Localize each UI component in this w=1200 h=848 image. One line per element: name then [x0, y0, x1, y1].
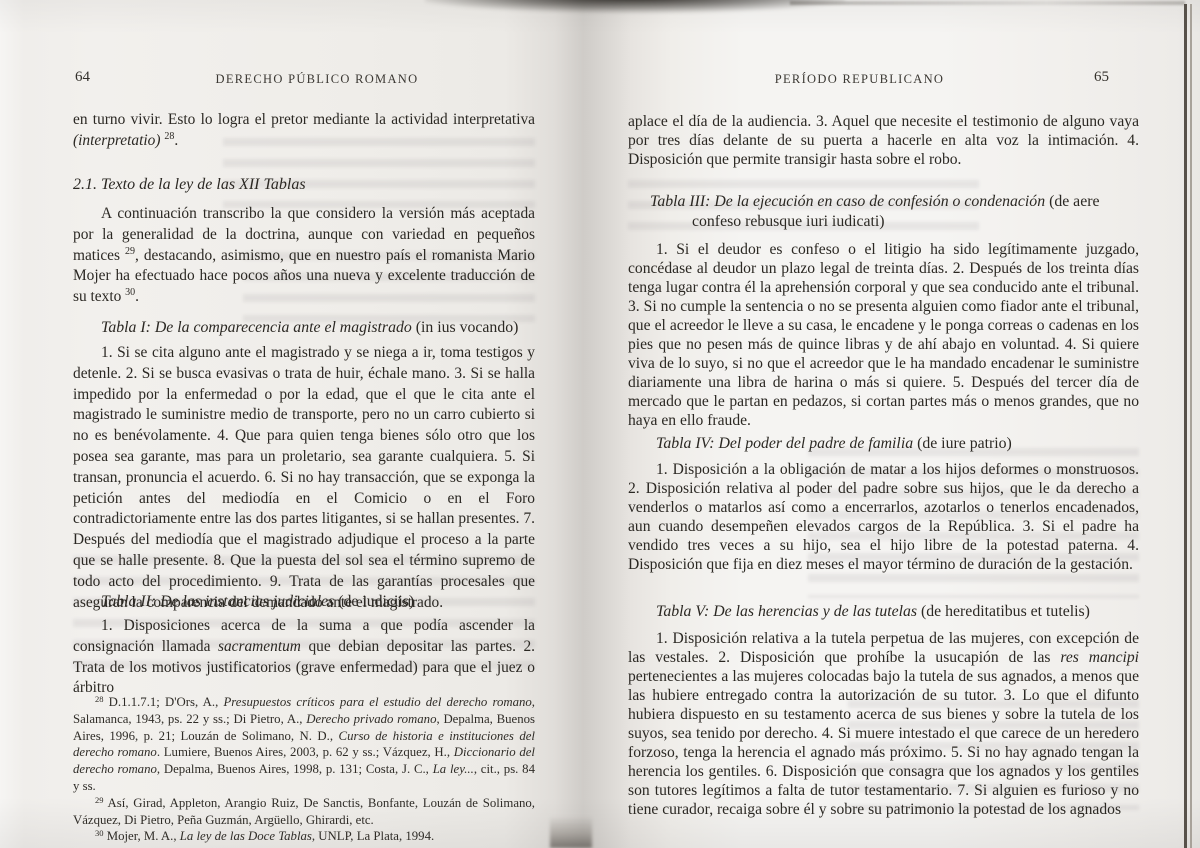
page-number: 65 [1094, 69, 1109, 86]
tabla-i-heading: Tabla I: De la comparecencia ante el mag… [73, 318, 535, 338]
footnotes-block: 28 D.1.1.7.1; D'Ors, A., Presupuestos cr… [73, 694, 535, 845]
section-heading-2-1: 2.1. Texto de la ley de las XII Tablas [73, 176, 535, 194]
gutter-bottom-shadow [550, 816, 592, 848]
right-page: PERÍODO REPUBLICANO 65 aplace el día de … [628, 0, 1139, 848]
left-page-header: 64 DERECHO PÚBLICO ROMANO [73, 72, 535, 92]
tabla-iii-heading: Tabla III: De la ejecución en caso de co… [628, 192, 1139, 232]
page-edge-line-dark [1184, 4, 1187, 848]
footnote-30: 30 Mojer, M. A., La ley de las Doce Tabl… [73, 828, 535, 845]
footnote-28: 28 D.1.1.7.1; D'Ors, A., Presupuestos cr… [73, 694, 535, 795]
tabla-v-heading: Tabla V: De las herencias y de las tutel… [628, 602, 1139, 622]
tabla-iii-text: 1. Si el deudor es confeso o el litigio … [628, 240, 1139, 430]
page-number: 64 [75, 69, 90, 86]
tabla-ii-heading: Tabla II: De las instancias judiciales (… [73, 592, 535, 612]
running-header: DERECHO PÚBLICO ROMANO [73, 72, 535, 87]
tabla-ii-text: 1. Disposiciones acerca de la suma a que… [73, 616, 535, 699]
tabla-v-text: 1. Disposición relativa a la tutela perp… [628, 629, 1139, 819]
tabla-iv-text: 1. Disposición a la obligación de matar … [628, 460, 1139, 574]
paragraph-intro-doctrina: A continuación transcribo la que conside… [73, 204, 535, 308]
paragraph-continuation: aplace el día de la audiencia. 3. Aquel … [628, 112, 1139, 169]
tabla-i-text: 1. Si se cita alguno ante el magistrado … [73, 343, 535, 613]
running-header: PERÍODO REPUBLICANO [628, 72, 1139, 87]
tabla-iv-heading: Tabla IV: Del poder del padre de familia… [628, 434, 1139, 454]
page-edge-line-light [1190, 4, 1192, 848]
footnote-29: 29 Así, Girad, Appleton, Arangio Ruiz, D… [73, 795, 535, 829]
left-page: 64 DERECHO PÚBLICO ROMANO en turno vivir… [73, 0, 535, 848]
book-scan: 64 DERECHO PÚBLICO ROMANO en turno vivir… [0, 0, 1200, 848]
paragraph-continuation: en turno vivir. Esto lo logra el pretor … [73, 110, 535, 152]
right-page-header: PERÍODO REPUBLICANO 65 [628, 72, 1139, 92]
